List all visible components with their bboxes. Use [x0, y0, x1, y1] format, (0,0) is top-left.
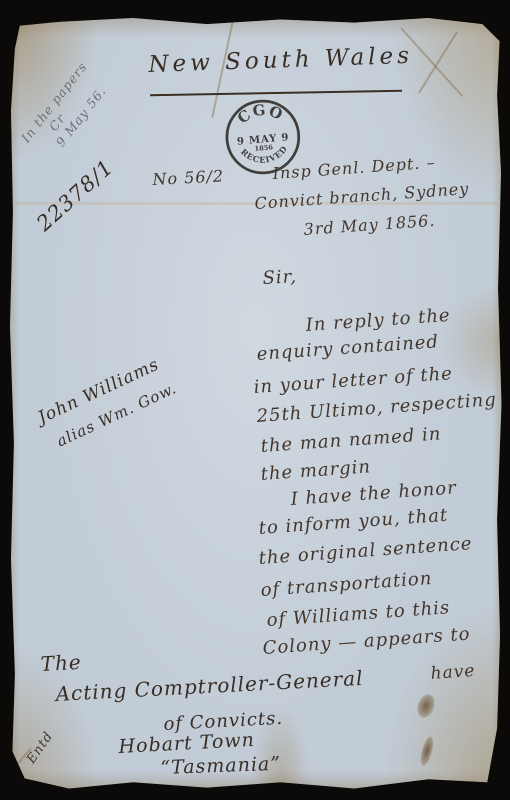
body-line: the margin: [260, 456, 372, 485]
addressee-line: The: [40, 650, 82, 676]
addressee-line: Acting Comptroller-General: [55, 666, 364, 706]
body-line: the original sentence: [258, 533, 473, 569]
body-line: to inform you, that: [258, 505, 449, 539]
stamp-year-text: 1856: [254, 143, 273, 153]
body-line: of transportation: [260, 568, 433, 601]
salutation: Sir,: [262, 266, 297, 289]
reference-number: No 56/2: [152, 166, 225, 189]
photograph-background: In the papers Cr 9 May 56. 22378/1 New S…: [0, 0, 510, 800]
pencil-filing-note: In the papers Cr 9 May 56.: [18, 59, 114, 164]
body-line: enquiry contained: [256, 331, 440, 365]
ink-stain: [418, 735, 435, 767]
registration-number: 22378/1: [32, 155, 118, 236]
department-line: Convict branch, Sydney: [254, 179, 470, 213]
catchword: have: [430, 661, 476, 684]
body-line: the man named in: [260, 423, 442, 457]
heading-underline: [150, 90, 402, 96]
body-line: in your letter of the: [253, 363, 454, 398]
colony-heading: New South Wales: [148, 43, 413, 78]
addressee-line: “Tasmania”: [160, 753, 281, 779]
date-line: 3rd May 1856.: [303, 211, 436, 239]
letter-paper: In the papers Cr 9 May 56. 22378/1 New S…: [10, 18, 502, 790]
ink-stain: [414, 692, 437, 720]
